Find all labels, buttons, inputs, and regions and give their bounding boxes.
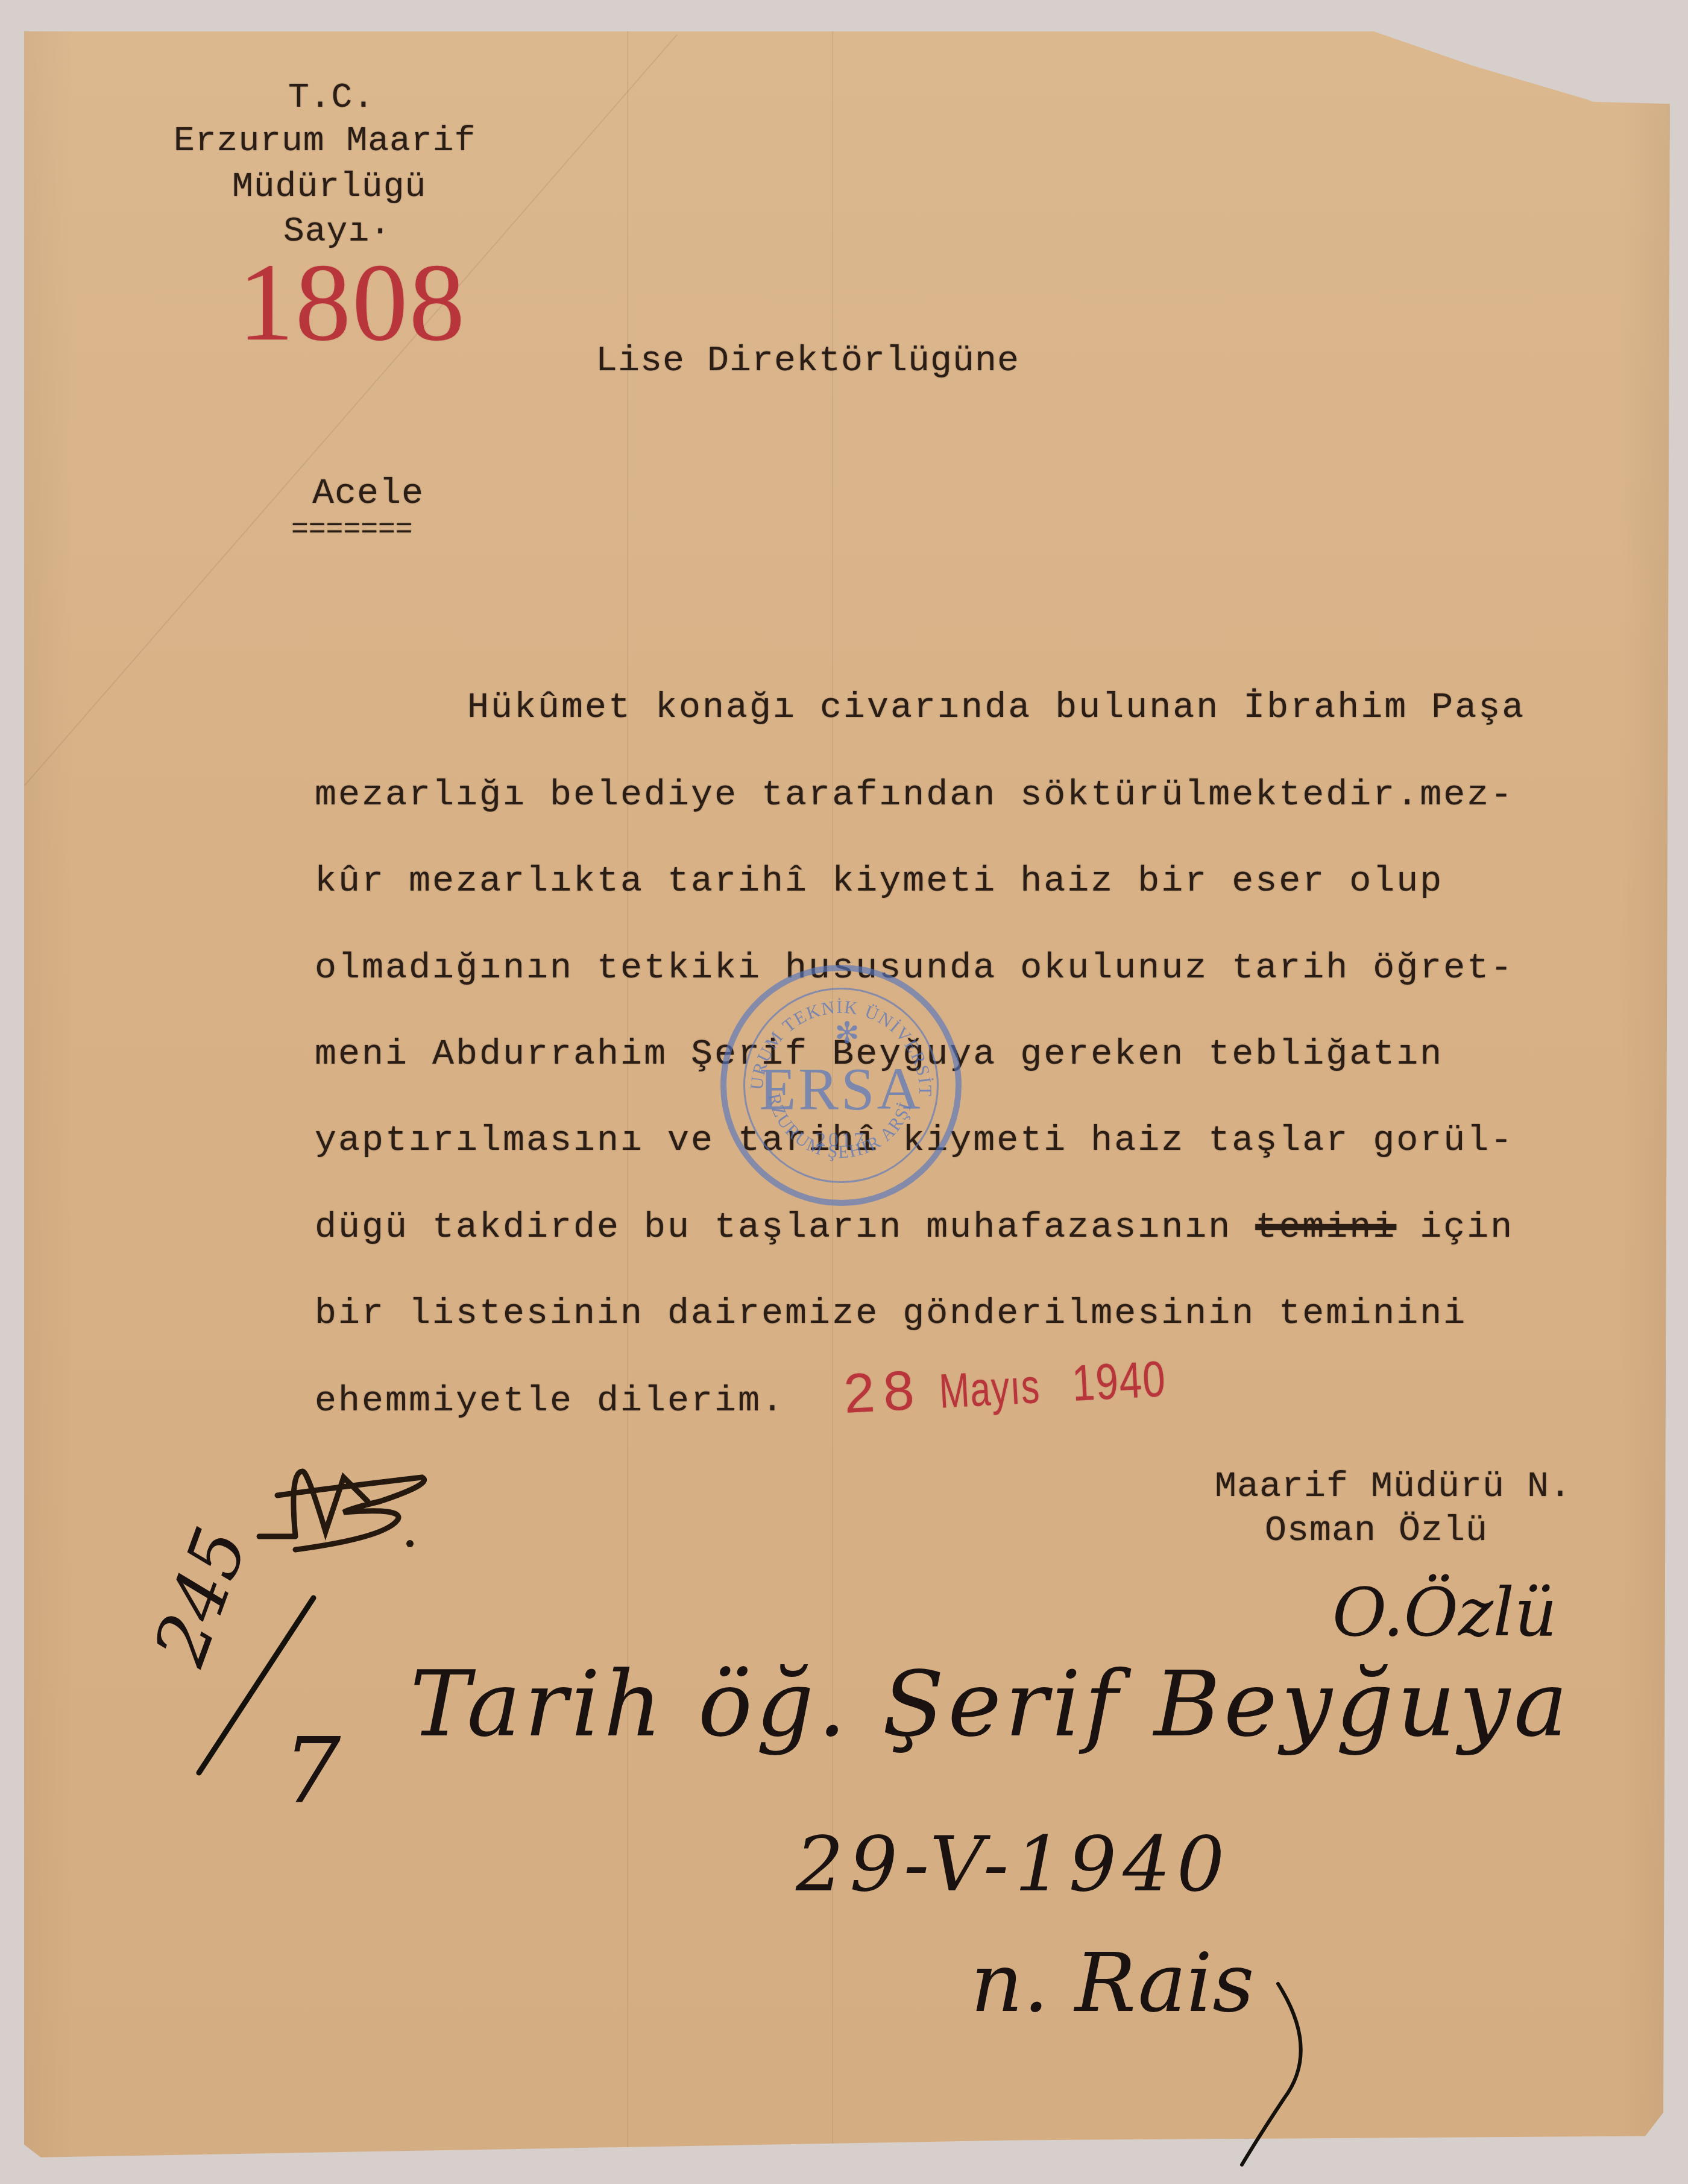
urgency-underline: ======= [291,514,413,546]
body-line: dügü takdirde bu taşların muhafazasının … [315,1207,1514,1248]
date-stamp-month: Mayıs [937,1359,1041,1419]
body-line-text: dügü takdirde bu taşların muhafazasının [315,1207,1232,1248]
letterhead-tc: T.C. [288,78,374,118]
date-stamp-year: 1940 [1071,1349,1168,1413]
date-stamp-day: 28 [842,1359,924,1425]
document-number: 1808 [238,238,466,367]
letterhead-mudurlugu: Müdürlügü [232,168,426,207]
body-line: mezarlığı belediye tarafından söktürülme… [315,775,1514,816]
signature-flourish [1224,1978,1344,2171]
archive-stamp-year: 2017 [726,1129,956,1152]
body-line: kûr mezarlıkta tarihî kiymeti haiz bir e… [315,861,1443,902]
letterhead-erzurum-maarif: Erzurum Maarif [174,122,476,161]
struck-word: temini [1255,1207,1396,1248]
recipient-line: Lise Direktörlügüne [596,341,1019,382]
paraph-initials [259,1465,452,1574]
urgency-label: Acele [312,473,424,514]
signatory-name: Osman Özlü [1265,1510,1488,1551]
handwritten-date: 29-V-1940 [796,1821,1230,1908]
handwritten-signature: O.Özlü [1332,1574,1557,1651]
handwritten-instruction: Tarih öğ. Şerif Beyğuya [410,1652,1571,1757]
signatory-title: Maarif Müdürü N. [1215,1466,1572,1507]
registry-denominator: 7 [283,1718,341,1823]
archive-stamp-center: ERSA [726,1054,956,1123]
body-line-end: için [1420,1207,1514,1248]
body-line: Hükûmet konağı civarında bulunan İbrahim… [467,687,1525,728]
body-line: ehemmiyetle dilerim. [315,1381,785,1422]
archive-stamp: ERZURUM TEKNİK ÜNİVERSİTESİ ERZURUM ŞEHİ… [720,965,962,1206]
body-line: bir listesinin dairemize gönderilmesinin… [315,1293,1467,1334]
handwritten-rais-signature: n. Rais [971,1936,1254,2030]
snowflake-emblem-icon: ✻ [829,1014,865,1054]
